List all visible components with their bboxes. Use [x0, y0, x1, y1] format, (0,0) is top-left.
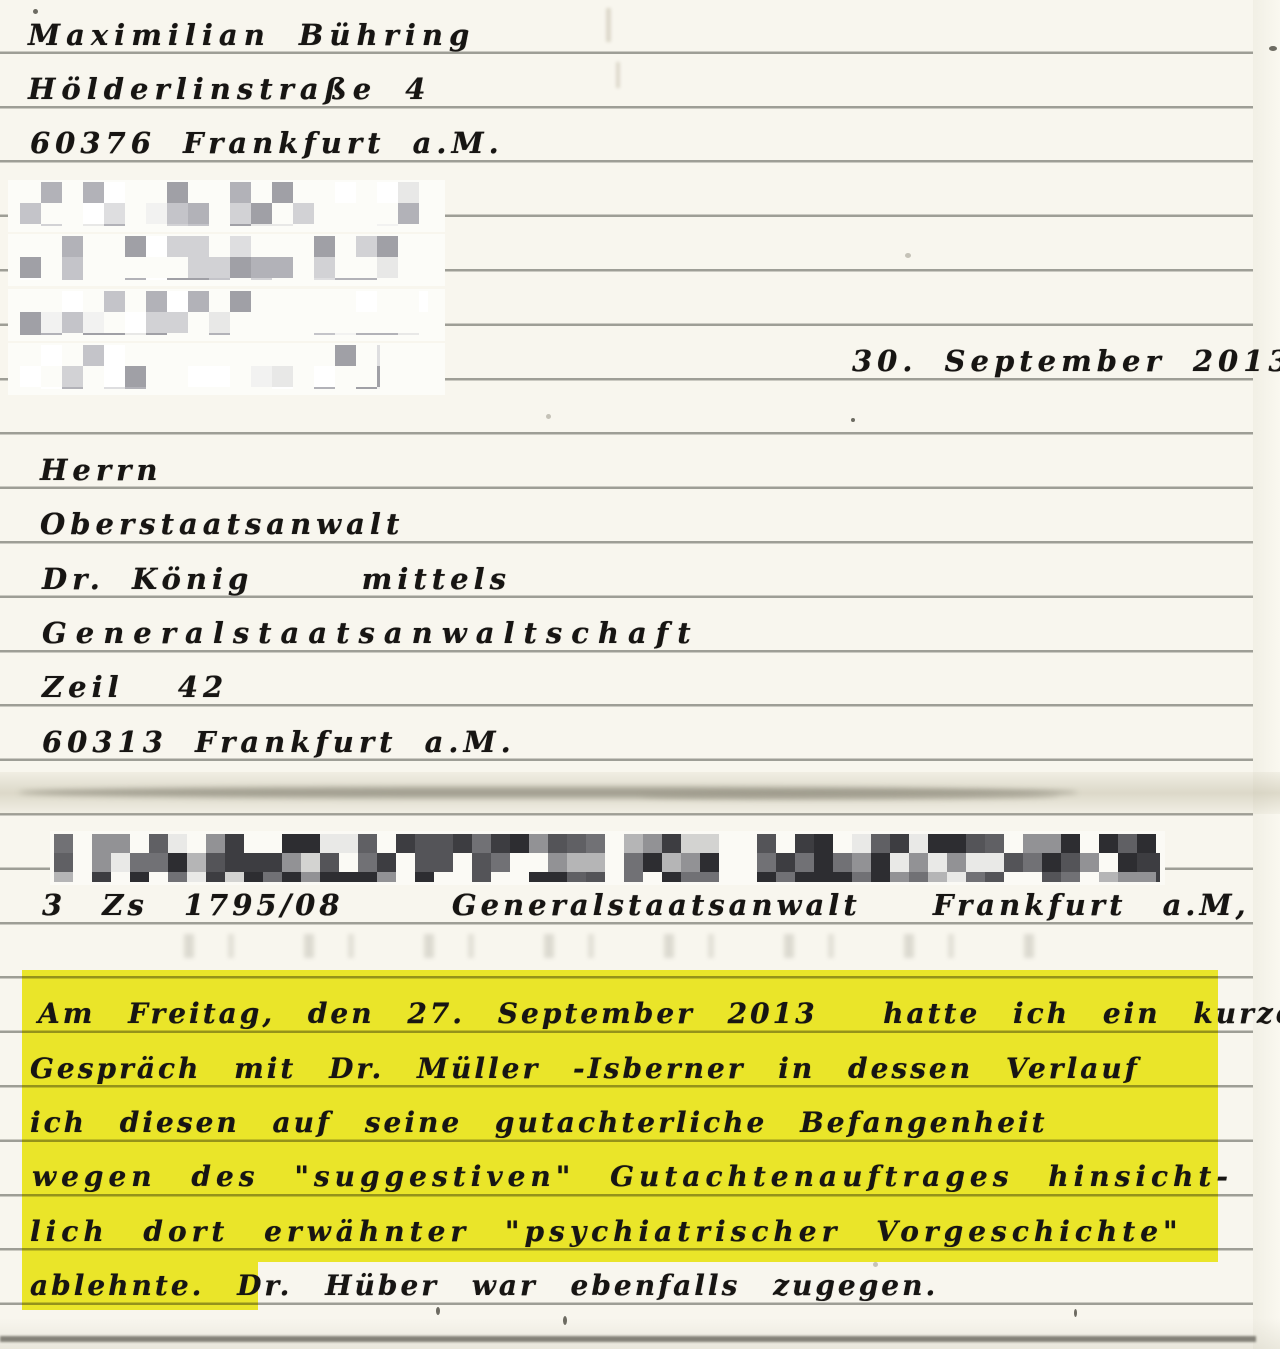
mosaic-cell: [125, 366, 146, 387]
mosaic-cell: [20, 278, 41, 280]
mosaic-cell: [130, 853, 149, 872]
mosaic-cell: [852, 834, 871, 853]
mosaic-cell: [209, 312, 230, 333]
mosaic-cell: [168, 834, 187, 853]
highlight-line: Gespräch mit Dr. Müller -Isberner in des…: [30, 1049, 1140, 1089]
mosaic-cell: [700, 834, 719, 853]
mosaic-cell: [776, 853, 795, 872]
mosaic-cell: [795, 834, 814, 853]
scanned-letter-page: Maximilian Bühring Hölderlinstraße 4 603…: [0, 0, 1280, 1349]
mosaic-cell: [251, 366, 272, 387]
mosaic-cell: [167, 291, 188, 312]
mosaic-cell: [146, 236, 167, 257]
date-line: 30. September 2013: [852, 341, 1280, 381]
mosaic-cell: [339, 872, 358, 882]
mosaic-cell: [434, 853, 453, 872]
mosaic-cell: [209, 257, 230, 278]
mosaic-cell: [947, 834, 966, 853]
mosaic-cell: [206, 853, 225, 872]
mosaic-cell: [83, 224, 104, 226]
mosaic-cell: [415, 834, 434, 853]
mosaic-cell: [301, 834, 320, 853]
mosaic-cell: [263, 872, 282, 882]
mosaic-cell: [230, 203, 251, 224]
mosaic-cell: [244, 853, 263, 872]
mosaic-cell: [1042, 872, 1061, 882]
mosaic-cell: [852, 853, 871, 872]
highlight-line: wegen des "suggestiven" Gutachtenauftrag…: [32, 1157, 1233, 1197]
mosaic-cell: [871, 872, 890, 882]
mosaic-cell: [146, 291, 167, 312]
mosaic-cell: [567, 872, 586, 882]
mosaic-cell: [272, 366, 293, 387]
recipient-title: Oberstaatsanwalt: [40, 504, 404, 544]
mosaic-cell: [985, 853, 1004, 872]
mosaic-cell: [472, 834, 491, 853]
mosaic-cell: [320, 834, 339, 853]
mosaic-cell: [909, 872, 928, 882]
mosaic-cell: [890, 872, 909, 882]
mosaic-cell: [20, 257, 41, 278]
top-crease-mark: [606, 8, 611, 42]
mosaic-cell: [757, 834, 776, 853]
mosaic-cell: [1118, 872, 1137, 882]
mosaic-cell: [491, 834, 510, 853]
mosaic-cell: [83, 312, 104, 333]
mosaic-cell: [167, 236, 188, 257]
mosaic-cell: [146, 312, 167, 333]
mosaic-cell: [104, 366, 125, 387]
mosaic-cell: [167, 312, 188, 333]
mosaic-cell: [187, 872, 206, 882]
speck: [546, 414, 551, 419]
mosaic-cell: [188, 278, 209, 280]
mosaic-cell: [871, 853, 890, 872]
mosaic-cell: [757, 872, 776, 882]
mosaic-cell: [567, 853, 586, 872]
mosaic-cell: [356, 278, 377, 280]
mosaic-cell: [529, 834, 548, 853]
mosaic-cell: [833, 853, 852, 872]
mosaic-cell: [251, 278, 272, 280]
mosaic-cell: [104, 182, 125, 203]
mosaic-cell: [209, 333, 230, 335]
mosaic-cell: [398, 203, 419, 224]
mosaic-cell: [149, 834, 168, 853]
sender-street: Hölderlinstraße 4: [28, 69, 431, 109]
mosaic-cell: [54, 872, 73, 882]
mosaic-cell: [1099, 872, 1118, 882]
mosaic-cell: [188, 257, 209, 278]
mosaic-cell: [415, 872, 434, 882]
mosaic-cell: [1156, 872, 1160, 882]
highlight-line: ich diesen auf seine gutachterliche Befa…: [30, 1103, 1048, 1143]
mosaic-cell: [586, 834, 605, 853]
mosaic-cell: [146, 278, 167, 280]
highlight-line: Am Freitag, den 27. September 2013 hatte…: [38, 994, 1280, 1034]
mosaic-cell: [125, 333, 146, 335]
mosaic-cell: [586, 853, 605, 872]
highlight-line: ablehnte. Dr. Hüber war ebenfalls zugege…: [30, 1266, 938, 1306]
mosaic-cell: [167, 278, 188, 280]
mosaic-cell: [146, 203, 167, 224]
mosaic-cell: [398, 182, 419, 203]
mosaic-cell: [41, 224, 62, 226]
mosaic-cell: [643, 834, 662, 853]
recipient-city: 60313 Frankfurt a.M.: [42, 722, 516, 762]
mosaic-cell: [83, 333, 104, 335]
mosaic-cell: [206, 834, 225, 853]
mosaic-cell: [529, 872, 548, 882]
mosaic-cell: [1080, 853, 1099, 872]
mosaic-cell: [377, 333, 398, 335]
mosaic-cell: [314, 236, 335, 257]
mosaic-cell: [41, 182, 62, 203]
mosaic-cell: [92, 872, 111, 882]
recipient-office: Generalstaatsanwaltschaft: [42, 613, 700, 653]
speck: [1074, 1309, 1077, 1317]
speck: [851, 418, 855, 422]
mosaic-cell: [947, 872, 966, 882]
bottom-edge-smudge: [0, 1336, 1256, 1342]
mosaic-cell: [871, 834, 890, 853]
paper-right-edge: [1253, 0, 1280, 1349]
mosaic-cell: [301, 872, 320, 882]
mosaic-cell: [272, 257, 293, 278]
mosaic-cell: [188, 203, 209, 224]
mosaic-cell: [377, 366, 380, 387]
mosaic-cell: [335, 345, 356, 366]
mosaic-cell: [776, 872, 795, 882]
mosaic-cell: [681, 853, 700, 872]
mosaic-cell: [251, 257, 272, 278]
mosaic-cell: [1118, 834, 1137, 853]
mosaic-cell: [928, 872, 947, 882]
mosaic-cell: [472, 853, 491, 872]
mosaic-cell: [1042, 834, 1061, 853]
mosaic-cell: [251, 203, 272, 224]
redacted-address-line: [8, 180, 445, 232]
sender-name: Maximilian Bühring: [28, 15, 475, 55]
mosaic-cell: [548, 853, 567, 872]
mosaic-cell: [272, 224, 293, 226]
mosaic-cell: [206, 872, 225, 882]
mosaic-cell: [814, 872, 833, 882]
mosaic-cell: [453, 834, 472, 853]
mosaic-cell: [757, 853, 776, 872]
mosaic-cell: [168, 872, 187, 882]
mosaic-cell: [188, 291, 209, 312]
mosaic-cell: [272, 387, 293, 389]
recipient-name: Dr. König mittels: [42, 559, 511, 599]
mosaic-cell: [167, 224, 188, 226]
mosaic-cell: [293, 203, 314, 224]
mosaic-cell: [814, 834, 833, 853]
mosaic-cell: [168, 853, 187, 872]
mosaic-cell: [1137, 872, 1156, 882]
mosaic-cell: [41, 387, 62, 389]
mosaic-cell: [1156, 853, 1160, 872]
mosaic-cell: [188, 236, 209, 257]
redacted-address-line: [8, 343, 445, 395]
mosaic-cell: [624, 872, 643, 882]
mosaic-cell: [62, 291, 83, 312]
mosaic-cell: [890, 834, 909, 853]
mosaic-cell: [662, 853, 681, 872]
mosaic-cell: [263, 853, 282, 872]
mosaic-cell: [966, 834, 985, 853]
mosaic-cell: [985, 834, 1004, 853]
mosaic-cell: [548, 834, 567, 853]
mosaic-cell: [1004, 853, 1023, 872]
mosaic-cell: [1061, 872, 1080, 882]
mosaic-cell: [1137, 853, 1156, 872]
mosaic-cell: [314, 278, 335, 280]
mosaic-cell: [104, 224, 125, 226]
mosaic-cell: [188, 366, 209, 387]
mosaic-cell: [314, 366, 335, 387]
mosaic-cell: [41, 312, 62, 333]
recipient-street: Zeil 42: [42, 667, 228, 707]
mosaic-cell: [188, 224, 209, 226]
mosaic-cell: [624, 834, 643, 853]
case-reference-line: 3 Zs 1795/08 Generalstaatsanwalt Frankfu…: [42, 885, 1250, 925]
fold-crease-band: [0, 772, 1280, 814]
mosaic-cell: [251, 224, 272, 226]
mosaic-cell: [1023, 853, 1042, 872]
mosaic-cell: [358, 834, 377, 853]
mosaic-cell: [20, 203, 41, 224]
mosaic-cell: [419, 291, 428, 312]
mosaic-cell: [41, 345, 62, 366]
mosaic-cell: [314, 333, 335, 335]
mosaic-cell: [62, 312, 83, 333]
mosaic-cell: [111, 834, 130, 853]
speck: [905, 253, 911, 258]
mosaic-cell: [282, 872, 301, 882]
mosaic-cell: [377, 345, 380, 366]
mosaic-cell: [209, 366, 230, 387]
mosaic-cell: [83, 203, 104, 224]
mosaic-cell: [1023, 834, 1042, 853]
mosaic-cell: [146, 333, 167, 335]
mosaic-cell: [167, 203, 188, 224]
mosaic-cell: [92, 834, 111, 853]
mosaic-cell: [104, 387, 125, 389]
bleedthrough-faint-text: [150, 934, 1060, 958]
mosaic-cell: [41, 333, 62, 335]
mosaic-cell: [104, 345, 125, 366]
mosaic-cell: [335, 278, 356, 280]
mosaic-cell: [643, 853, 662, 872]
mosaic-cell: [187, 853, 206, 872]
mosaic-cell: [510, 834, 529, 853]
mosaic-cell: [586, 872, 605, 882]
speck: [436, 1307, 440, 1315]
mosaic-cell: [230, 291, 251, 312]
mosaic-cell: [230, 257, 251, 278]
mosaic-cell: [125, 236, 146, 257]
mosaic-cell: [985, 872, 1004, 882]
mosaic-cell: [1042, 853, 1061, 872]
mosaic-cell: [104, 333, 125, 335]
bottom-scan-haze: [0, 1318, 1280, 1349]
mosaic-cell: [814, 853, 833, 872]
mosaic-cell: [314, 387, 335, 389]
mosaic-cell: [966, 853, 985, 872]
sender-city: 60376 Frankfurt a.M.: [30, 123, 504, 163]
mosaic-cell: [125, 278, 146, 280]
mosaic-cell: [230, 182, 251, 203]
mosaic-cell: [1137, 834, 1156, 853]
mosaic-cell: [282, 834, 301, 853]
mosaic-cell: [225, 872, 244, 882]
mosaic-cell: [890, 853, 909, 872]
mosaic-cell: [282, 853, 301, 872]
top-crease-mark: [616, 62, 620, 88]
mosaic-cell: [795, 853, 814, 872]
mosaic-cell: [1099, 834, 1118, 853]
mosaic-cell: [928, 834, 947, 853]
mosaic-cell: [377, 853, 396, 872]
mosaic-cell: [335, 182, 356, 203]
mosaic-cell: [833, 872, 852, 882]
speck: [563, 1316, 567, 1325]
mosaic-cell: [681, 872, 700, 882]
mosaic-cell: [377, 872, 396, 882]
mosaic-cell: [909, 853, 928, 872]
mosaic-cell: [125, 312, 146, 333]
mosaic-cell: [472, 872, 491, 882]
mosaic-cell: [54, 834, 73, 853]
mosaic-cell: [20, 312, 41, 333]
mosaic-cell: [54, 853, 73, 872]
mosaic-cell: [662, 834, 681, 853]
mosaic-cell: [314, 257, 335, 278]
mosaic-cell: [358, 872, 377, 882]
mosaic-cell: [491, 853, 510, 872]
mosaic-cell: [1061, 853, 1080, 872]
mosaic-cell: [377, 257, 398, 278]
mosaic-cell: [339, 834, 358, 853]
mosaic-cell: [20, 366, 41, 387]
mosaic-cell: [356, 387, 377, 389]
mosaic-cell: [83, 345, 104, 366]
mosaic-cell: [62, 278, 83, 280]
mosaic-cell: [125, 387, 146, 389]
mosaic-cell: [681, 834, 700, 853]
mosaic-cell: [225, 853, 244, 872]
mosaic-cell: [167, 182, 188, 203]
mosaic-cell: [377, 182, 398, 203]
mosaic-cell: [358, 853, 377, 872]
mosaic-cell: [230, 236, 251, 257]
mosaic-cell: [377, 224, 398, 226]
mosaic-cell: [415, 853, 434, 872]
speck: [33, 9, 38, 14]
mosaic-cell: [377, 236, 398, 257]
mosaic-cell: [244, 872, 263, 882]
mosaic-cell: [83, 182, 104, 203]
mosaic-cell: [624, 853, 643, 872]
mosaic-cell: [62, 366, 83, 387]
mosaic-cell: [230, 224, 251, 226]
mosaic-cell: [700, 872, 719, 882]
mosaic-cell: [700, 853, 719, 872]
mosaic-cell: [130, 872, 149, 882]
mosaic-cell: [567, 834, 586, 853]
redacted-subject-line: [50, 831, 1165, 885]
highlight-line: lich dort erwähnter "psychiatrischer Vor…: [30, 1212, 1183, 1252]
mosaic-cell: [104, 203, 125, 224]
mosaic-cell: [398, 333, 419, 335]
mosaic-cell: [62, 257, 83, 278]
mosaic-cell: [320, 872, 339, 882]
mosaic-cell: [225, 834, 244, 853]
redacted-address-line: [8, 289, 445, 341]
mosaic-cell: [852, 872, 871, 882]
mosaic-cell: [947, 853, 966, 872]
redacted-address-line: [8, 234, 445, 286]
mosaic-cell: [356, 333, 377, 335]
mosaic-cell: [320, 853, 339, 872]
mosaic-cell: [548, 872, 567, 882]
mosaic-cell: [928, 853, 947, 872]
mosaic-cell: [149, 853, 168, 872]
mosaic-cell: [301, 853, 320, 872]
mosaic-cell: [795, 872, 814, 882]
mosaic-cell: [335, 333, 356, 335]
mosaic-cell: [434, 834, 453, 853]
mosaic-cell: [356, 236, 377, 257]
mosaic-cell: [62, 387, 83, 389]
mosaic-cell: [662, 872, 681, 882]
fold-smear: [640, 792, 1060, 799]
mosaic-cell: [909, 834, 928, 853]
speck: [1269, 46, 1277, 51]
mosaic-cell: [396, 834, 415, 853]
mosaic-cell: [92, 853, 111, 872]
mosaic-cell: [966, 872, 985, 882]
mosaic-cell: [1118, 853, 1137, 872]
mosaic-cell: [356, 291, 377, 312]
mosaic-cell: [272, 182, 293, 203]
mosaic-cell: [209, 278, 230, 280]
mosaic-cell: [1061, 834, 1080, 853]
mosaic-cell: [62, 236, 83, 257]
mosaic-cell: [111, 853, 130, 872]
recipient-salutation: Herrn: [40, 450, 163, 490]
mosaic-cell: [20, 333, 41, 335]
mosaic-cell: [377, 387, 380, 389]
mosaic-cell: [104, 291, 125, 312]
